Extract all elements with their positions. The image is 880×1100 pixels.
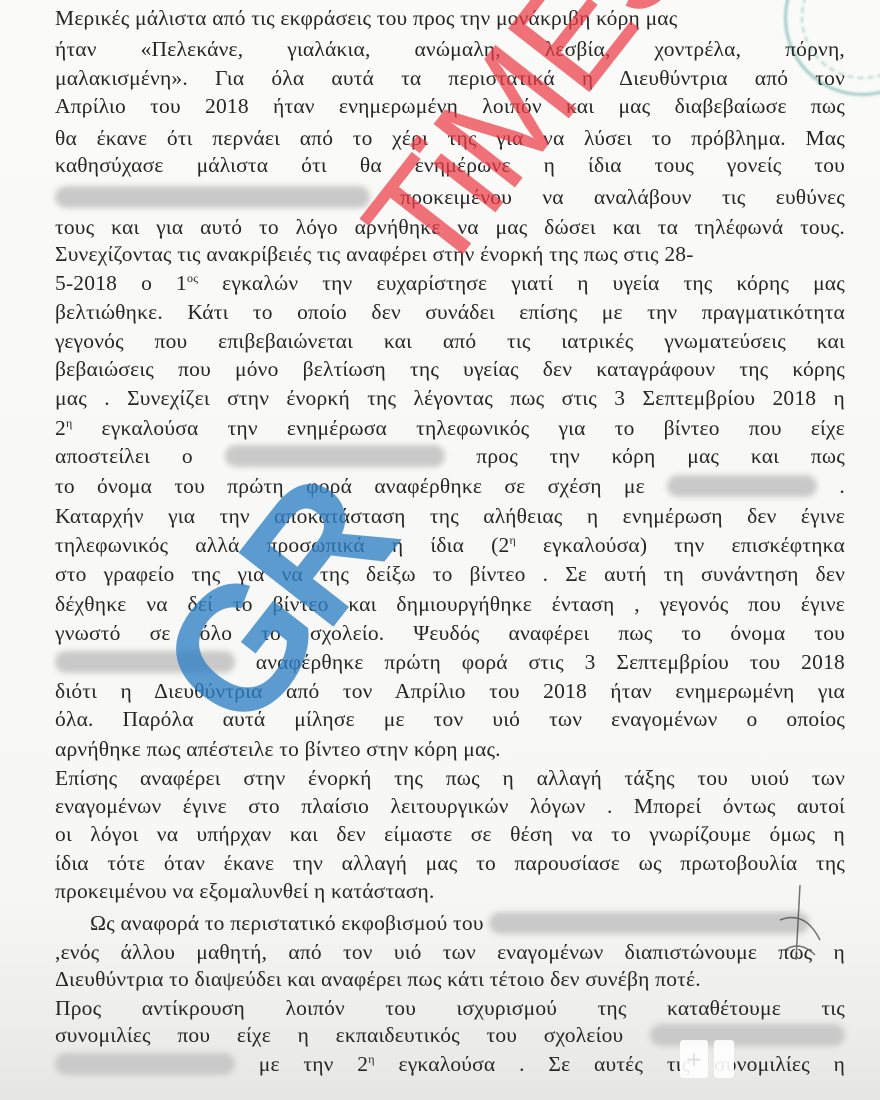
redacted-name — [55, 186, 370, 208]
text-line: ίδια τότε όταν έκανε την αλλαγή μας το π… — [55, 849, 845, 877]
text-line: Προς αντίκρουση λοιπόν του ισχυρισμού τη… — [55, 994, 845, 1022]
text-line: Καταρχήν για την αποκατάσταση της αλήθει… — [55, 502, 845, 530]
text-line: Μερικές μάλιστα από τις εκφράσεις του πρ… — [55, 4, 845, 32]
plus-icon: + — [686, 1047, 703, 1071]
text-line: το όνομα του πρώτη φορά αναφέρθηκε σε σχ… — [55, 472, 845, 500]
text-line: στο γραφείο της για να της δείξω το βίντ… — [55, 560, 845, 588]
text-line: αρνήθηκε πως απέστειλε το βίντεο στην κό… — [55, 735, 845, 763]
viewer-option-button[interactable] — [714, 1040, 734, 1078]
text-line: καθησύχασε μάλιστα ότι θα ενημέρωνε η ίδ… — [55, 151, 845, 179]
text-line: γεγονός που επιβεβαιώνεται και από τις ι… — [55, 327, 845, 355]
text-line: Επίσης αναφέρει στην ένορκή της πως η αλ… — [55, 764, 845, 792]
text-line: Διευθύντρια το διαψεύδει και αναφέρει πω… — [55, 965, 845, 993]
text-line: 5-2018 ο 1ος εγκαλών την ευχαρίστησε για… — [55, 269, 845, 297]
text-line: γνωστό σε όλο το σχολείο. Ψευδός αναφέρε… — [55, 619, 845, 647]
text-line: προκειμένου να εξομαλυνθεί η κατάσταση. — [55, 877, 845, 905]
viewer-controls: + — [680, 1040, 734, 1078]
text-line: τηλεφωνικός αλλά προσωπικά η ίδια (2η εγ… — [55, 531, 845, 559]
text-line: ,ενός άλλου μαθητή, από τον υιό των εναγ… — [55, 938, 845, 966]
text-line: Απρίλιο του 2018 ήταν ενημερωμένη λοιπόν… — [55, 92, 845, 120]
text-line: οι λόγοι να υπήρχαν και δεν είμαστε σε θ… — [55, 820, 845, 848]
text-line: αποστείλει ο προς την κόρη μας και πως — [55, 442, 845, 470]
redacted-name — [55, 1053, 235, 1075]
text-line: εναγομένων έγινε στο πλαίσιο λειτουργικώ… — [55, 792, 845, 820]
text-line: θα έκανε ότι περνάει από το χέρι της για… — [55, 124, 845, 152]
signature-icon — [760, 880, 830, 970]
text-line: ήταν «Πελεκάνε, γιαλάκια, ανώμαλη, λεσβί… — [55, 35, 845, 63]
zoom-in-button[interactable]: + — [680, 1040, 708, 1078]
text-line: δέχθηκε να δεί το βίντεο και δημιουργήθη… — [55, 590, 845, 618]
text-line: Συνεχίζοντας τις ανακρίβειές τις αναφέρε… — [55, 240, 845, 268]
text-line: προκειμένου να αναλάβουν τις ευθύνες — [55, 183, 845, 211]
text-line: αναφέρθηκε πρώτη φορά στις 3 Σεπτεμβρίου… — [55, 648, 845, 676]
document-page: Μερικές μάλιστα από τις εκφράσεις του πρ… — [0, 0, 880, 1100]
text-line: μαλακισμένη». Για όλα αυτά τα περιστατικ… — [55, 64, 845, 92]
text-line: όλα. Παρόλα αυτά μίλησε με τον υιό των ε… — [55, 705, 845, 733]
redacted-name — [55, 651, 235, 673]
text-line: τους και για αυτό το λόγο αρνήθηκε να μα… — [55, 213, 845, 241]
text-line: βεβαιώσεις που μόνο βελτίωση της υγείας … — [55, 355, 845, 383]
text-line: βελτιώθηκε. Κάτι το οποίο δεν συνάδει επ… — [55, 298, 845, 326]
text-line: διότι η Διευθύντρια από τον Απρίλιο του … — [55, 677, 845, 705]
redacted-name — [667, 475, 817, 497]
text-line: μας . Συνεχίζει στην ένορκή της λέγοντας… — [55, 384, 845, 412]
text-line: 2η εγκαλούσα την ενημέρωσα τηλεφωνικός γ… — [55, 414, 845, 442]
redacted-name — [225, 445, 445, 467]
